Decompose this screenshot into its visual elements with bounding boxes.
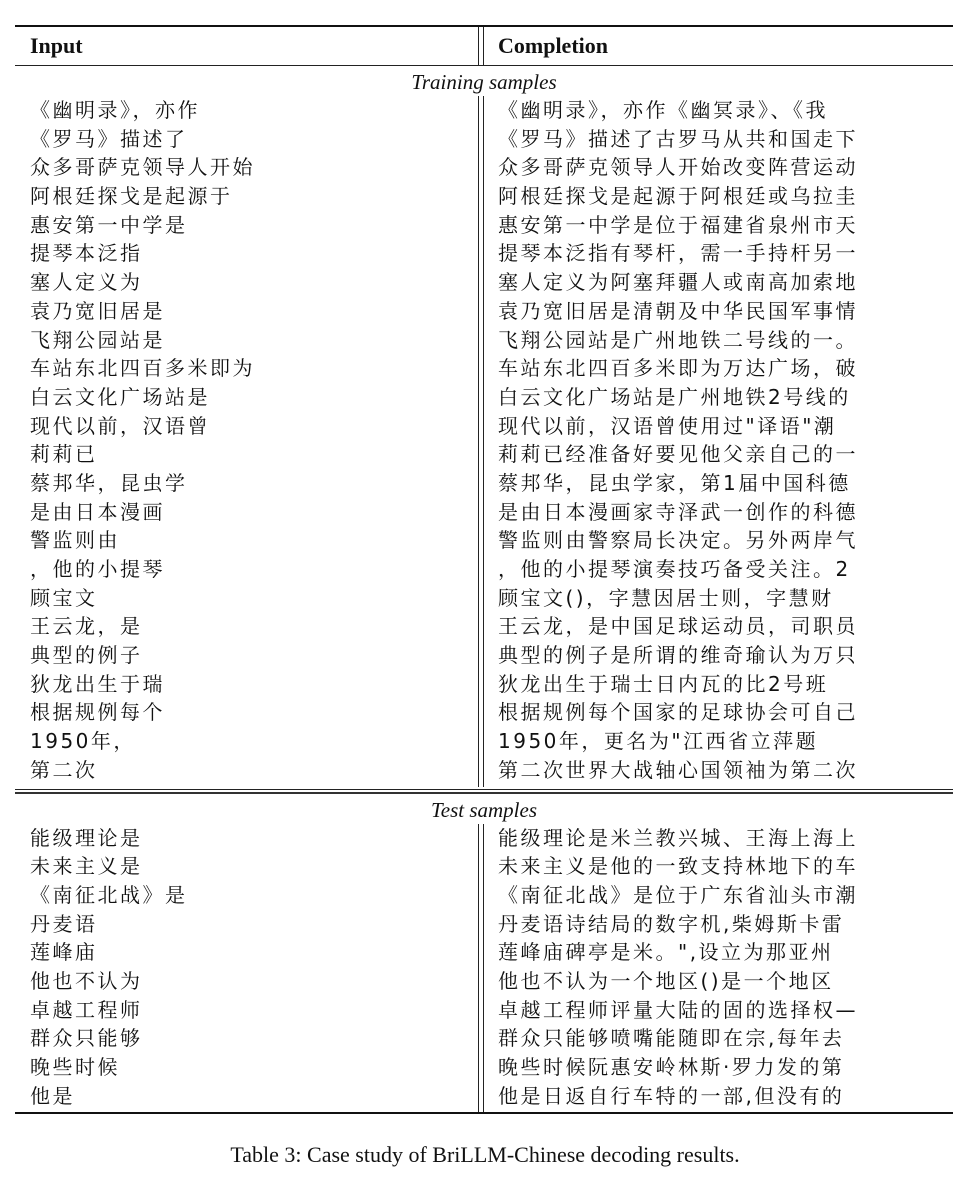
- input-cell: 惠安第一中学是: [30, 211, 478, 240]
- completion-cell: 狄龙出生于瑞士日内瓦的比2号班: [498, 670, 953, 699]
- input-cell: 白云文化广场站是: [30, 383, 478, 412]
- completion-cell: 卓越工程师评量大陆的固的选择权—: [498, 996, 953, 1025]
- completion-cell: 众多哥萨克领导人开始改变阵营运动: [498, 153, 953, 182]
- completion-cell: 他也不认为一个地区()是一个地区: [498, 967, 953, 996]
- completion-cell: 他是日返自行车特的一部,但没有的: [498, 1082, 953, 1111]
- completion-cell: 飞翔公园站是广州地铁二号线的一。: [498, 326, 953, 355]
- input-cell: 1950年，: [30, 727, 478, 756]
- input-cell: 《罗马》描述了: [30, 125, 478, 154]
- input-cell: 飞翔公园站是: [30, 326, 478, 355]
- input-cell: 《南征北战》是: [30, 881, 478, 910]
- completion-cell: 车站东北四百多米即为万达广场，破: [498, 354, 953, 383]
- input-column-test: 能级理论是未来主义是《南征北战》是丹麦语莲峰庙他也不认为卓越工程师群众只能够晚些…: [15, 824, 478, 1113]
- input-cell: 王云龙，是: [30, 612, 478, 641]
- input-cell: 车站东北四百多米即为: [30, 354, 478, 383]
- input-cell: 他也不认为: [30, 967, 478, 996]
- completion-cell: 第二次世界大战轴心国领袖为第二次: [498, 756, 953, 785]
- input-cell: 警监则由: [30, 526, 478, 555]
- input-cell: 晚些时候: [30, 1053, 478, 1082]
- completion-cell: 《南征北战》是位于广东省汕头市潮: [498, 881, 953, 910]
- header-completion: Completion: [484, 33, 953, 59]
- input-cell: 卓越工程师: [30, 996, 478, 1025]
- completion-cell: 白云文化广场站是广州地铁2号线的: [498, 383, 953, 412]
- input-cell: 群众只能够: [30, 1024, 478, 1053]
- input-cell: 能级理论是: [30, 824, 478, 853]
- input-cell: 是由日本漫画: [30, 498, 478, 527]
- input-cell: 众多哥萨克领导人开始: [30, 153, 478, 182]
- header-row: Input Completion: [15, 27, 953, 65]
- completion-cell: 典型的例子是所谓的维奇瑜认为万只: [498, 641, 953, 670]
- completion-cell: 未来主义是他的一致支持林地下的车: [498, 852, 953, 881]
- input-cell: 顾宝文: [30, 584, 478, 613]
- input-cell: 狄龙出生于瑞: [30, 670, 478, 699]
- completion-cell: 《幽明录》，亦作《幽冥录》、《我: [498, 96, 953, 125]
- completion-cell: 群众只能够喷嘴能随即在宗,每年去: [498, 1024, 953, 1053]
- input-cell: 塞人定义为: [30, 268, 478, 297]
- input-cell: 第二次: [30, 756, 478, 785]
- completion-cell: 蔡邦华，昆虫学家，第1届中国科德: [498, 469, 953, 498]
- completion-cell: 阿根廷探戈是起源于阿根廷或乌拉圭: [498, 182, 953, 211]
- completion-cell: 莲峰庙碑亭是米。",设立为那亚州: [498, 938, 953, 967]
- completion-column-test: 能级理论是米兰教兴城、王海上海上未来主义是他的一致支持林地下的车《南征北战》是位…: [484, 824, 953, 1113]
- completion-cell: 能级理论是米兰教兴城、王海上海上: [498, 824, 953, 853]
- input-cell: 现代以前，汉语曾: [30, 412, 478, 441]
- completion-cell: 提琴本泛指有琴杆，需一手持杆另一: [498, 239, 953, 268]
- input-column-training: 《幽明录》，亦作《罗马》描述了众多哥萨克领导人开始阿根廷探戈是起源于惠安第一中学…: [15, 96, 478, 787]
- completion-cell: 丹麦语诗结局的数字机,柴姆斯卡雷: [498, 910, 953, 939]
- input-cell: 《幽明录》，亦作: [30, 96, 478, 125]
- input-cell: 提琴本泛指: [30, 239, 478, 268]
- input-cell: 阿根廷探戈是起源于: [30, 182, 478, 211]
- input-cell: 根据规例每个: [30, 698, 478, 727]
- completion-cell: 《罗马》描述了古罗马从共和国走下: [498, 125, 953, 154]
- section-training: 《幽明录》，亦作《罗马》描述了众多哥萨克领导人开始阿根廷探戈是起源于惠安第一中学…: [15, 96, 953, 787]
- completion-cell: 顾宝文()，字慧因居士则，字慧财: [498, 584, 953, 613]
- completion-column-training: 《幽明录》，亦作《幽冥录》、《我《罗马》描述了古罗马从共和国走下众多哥萨克领导人…: [484, 96, 953, 787]
- completion-cell: 塞人定义为阿塞拜疆人或南高加索地: [498, 268, 953, 297]
- table-caption: Table 3: Case study of BriLLM-Chinese de…: [0, 1142, 970, 1168]
- bottom-rule: [15, 1112, 953, 1114]
- completion-cell: 警监则由警察局长决定。另外两岸气: [498, 526, 953, 555]
- input-cell: 莲峰庙: [30, 938, 478, 967]
- completion-cell: 1950年，更名为"江西省立萍题: [498, 727, 953, 756]
- completion-cell: 晚些时候阮惠安岭林斯·罗力发的第: [498, 1053, 953, 1082]
- completion-cell: 袁乃宽旧居是清朝及中华民国军事情: [498, 297, 953, 326]
- completion-cell: 根据规例每个国家的足球协会可自己: [498, 698, 953, 727]
- completion-cell: ，他的小提琴演奏技巧备受关注。2: [498, 555, 953, 584]
- input-cell: 他是: [30, 1082, 478, 1111]
- input-cell: 蔡邦华，昆虫学: [30, 469, 478, 498]
- section-test: 能级理论是未来主义是《南征北战》是丹麦语莲峰庙他也不认为卓越工程师群众只能够晚些…: [15, 824, 953, 1113]
- input-cell: 未来主义是: [30, 852, 478, 881]
- input-cell: 典型的例子: [30, 641, 478, 670]
- input-cell: ，他的小提琴: [30, 555, 478, 584]
- completion-cell: 惠安第一中学是位于福建省泉州市天: [498, 211, 953, 240]
- completion-cell: 现代以前，汉语曾使用过"译语"潮: [498, 412, 953, 441]
- completion-cell: 王云龙，是中国足球运动员，司职员: [498, 612, 953, 641]
- completion-cell: 莉莉已经准备好要见他父亲自己的一: [498, 440, 953, 469]
- input-cell: 丹麦语: [30, 910, 478, 939]
- input-cell: 袁乃宽旧居是: [30, 297, 478, 326]
- section-title-training: Training samples: [15, 66, 953, 96]
- header-input: Input: [15, 33, 478, 59]
- case-study-table: Input Completion Training samples 《幽明录》，…: [15, 25, 953, 1114]
- input-cell: 莉莉已: [30, 440, 478, 469]
- section-title-test: Test samples: [15, 794, 953, 824]
- completion-cell: 是由日本漫画家寺泽武一创作的科德: [498, 498, 953, 527]
